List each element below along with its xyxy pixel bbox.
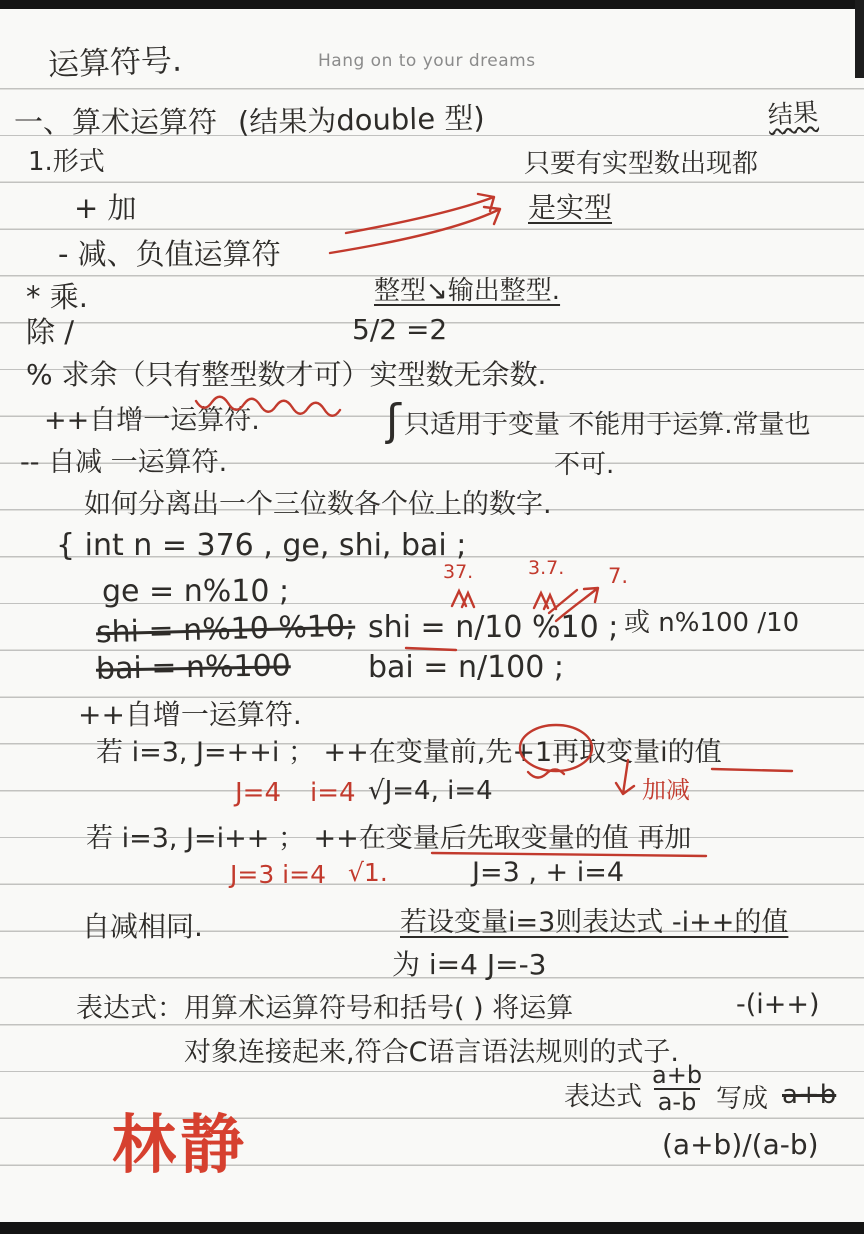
code-line-2: ge = n%10 ;: [102, 575, 289, 610]
integer-output-note: 整型↘输出整型.: [374, 277, 560, 307]
digits-question: 如何分离出一个三位数各个位上的数字.: [84, 489, 552, 520]
fraction-numerator: a+b: [648, 1063, 706, 1088]
brace-mark: ʃ: [386, 396, 401, 447]
incdec-note-line1: 只适用于变量 不能用于运算.常量也: [404, 411, 811, 441]
code-line-1: { int n = 376 , ge, shi, bai ;: [56, 529, 466, 564]
operator-plus: + 加: [74, 192, 137, 225]
expression-def-line2: 对象连接起来,符合C语言语法规则的式子.: [184, 1037, 679, 1068]
code-line-3-crossed: shi = n%10 %10;: [96, 610, 356, 651]
signature-name: 林静: [112, 1110, 248, 1184]
section-heading: 一、算术运算符: [14, 106, 217, 139]
watermark-text: Hang on to your dreams: [318, 52, 536, 72]
code-line-4-crossed: bai = n%100: [96, 649, 291, 687]
decrement-line: -- 自减 一运算符.: [20, 447, 227, 478]
red-note-3-7: 3.7.: [528, 558, 564, 580]
form-label: 1.形式: [28, 148, 105, 178]
neg-expression-rule: 若设变量i=3则表达式 -i++的值: [400, 907, 788, 938]
code-line-3-alt: 或 n%100 /10: [624, 609, 799, 639]
section-heading-note: (结果为double 型): [238, 102, 485, 140]
post-check-mark: √1.: [348, 859, 388, 888]
pre-red-i-value: i=4: [310, 779, 356, 809]
operator-multiply: * 乘.: [26, 281, 88, 314]
red-note-37: 37.: [443, 562, 473, 584]
wrong-form-crossed: a+b: [782, 1081, 836, 1111]
photo-top-edge: [0, 0, 864, 9]
prepost-heading: ++自增一运算符.: [78, 699, 302, 731]
divide-example: 5/2 =2: [352, 314, 447, 346]
red-note-7: 7.: [608, 564, 628, 588]
fraction-label: 表达式: [564, 1083, 642, 1113]
operator-minus: - 减、负值运算符: [58, 238, 281, 271]
code-line-3: shi = n/10 %10 ;: [368, 611, 618, 646]
expression-def-line1: 表达式：用算术运算符号和括号( ) 将运算: [76, 993, 573, 1024]
written-as-label: 写成: [716, 1085, 768, 1115]
pre-red-j-value: J=4: [235, 779, 281, 809]
notebook-page: 运算符号. Hang on to your dreams 一、算术运算符 (结果…: [0, 0, 864, 1234]
fraction-denominator: a-b: [654, 1088, 701, 1115]
expression-inline-example: -(i++): [736, 989, 820, 1020]
operator-modulo: % 求余（只有整型数才可）实型数无余数.: [26, 359, 546, 391]
incdec-note-line2: 不可.: [554, 451, 614, 481]
pre-check-values: √J=4, i=4: [368, 777, 493, 807]
real-type-rule-line2: 是实型: [528, 192, 612, 224]
increment-line: ++自增一运算符.: [44, 405, 260, 436]
pre-increment-rule: 若 i=3, J=++i ； ++在变量前,先+1再取变量i的值: [96, 737, 722, 768]
post-increment-rule: 若 i=3, J=i++ ； ++在变量后先取变量的值 再加: [86, 823, 691, 854]
code-line-4: bai = n/100 ;: [368, 651, 564, 686]
post-values: J=3 , + i=4: [472, 857, 624, 888]
post-red-values: J=3 i=4: [230, 861, 326, 890]
photo-bottom-edge: [0, 1222, 864, 1234]
neg-expression-result: 为 i=4 J=-3: [392, 949, 547, 981]
real-type-rule-line1: 只要有实型数出现都: [524, 150, 758, 180]
fraction: a+b a-b: [648, 1063, 706, 1115]
correct-form: (a+b)/(a-b): [662, 1129, 819, 1161]
addsub-note: 加减: [642, 777, 690, 805]
result-label: 结果: [767, 98, 819, 130]
decrement-same-note: 自减相同.: [82, 911, 203, 943]
photo-right-edge: [855, 0, 864, 78]
page-title: 运算符号.: [47, 44, 182, 84]
operator-divide: 除 /: [26, 316, 74, 349]
